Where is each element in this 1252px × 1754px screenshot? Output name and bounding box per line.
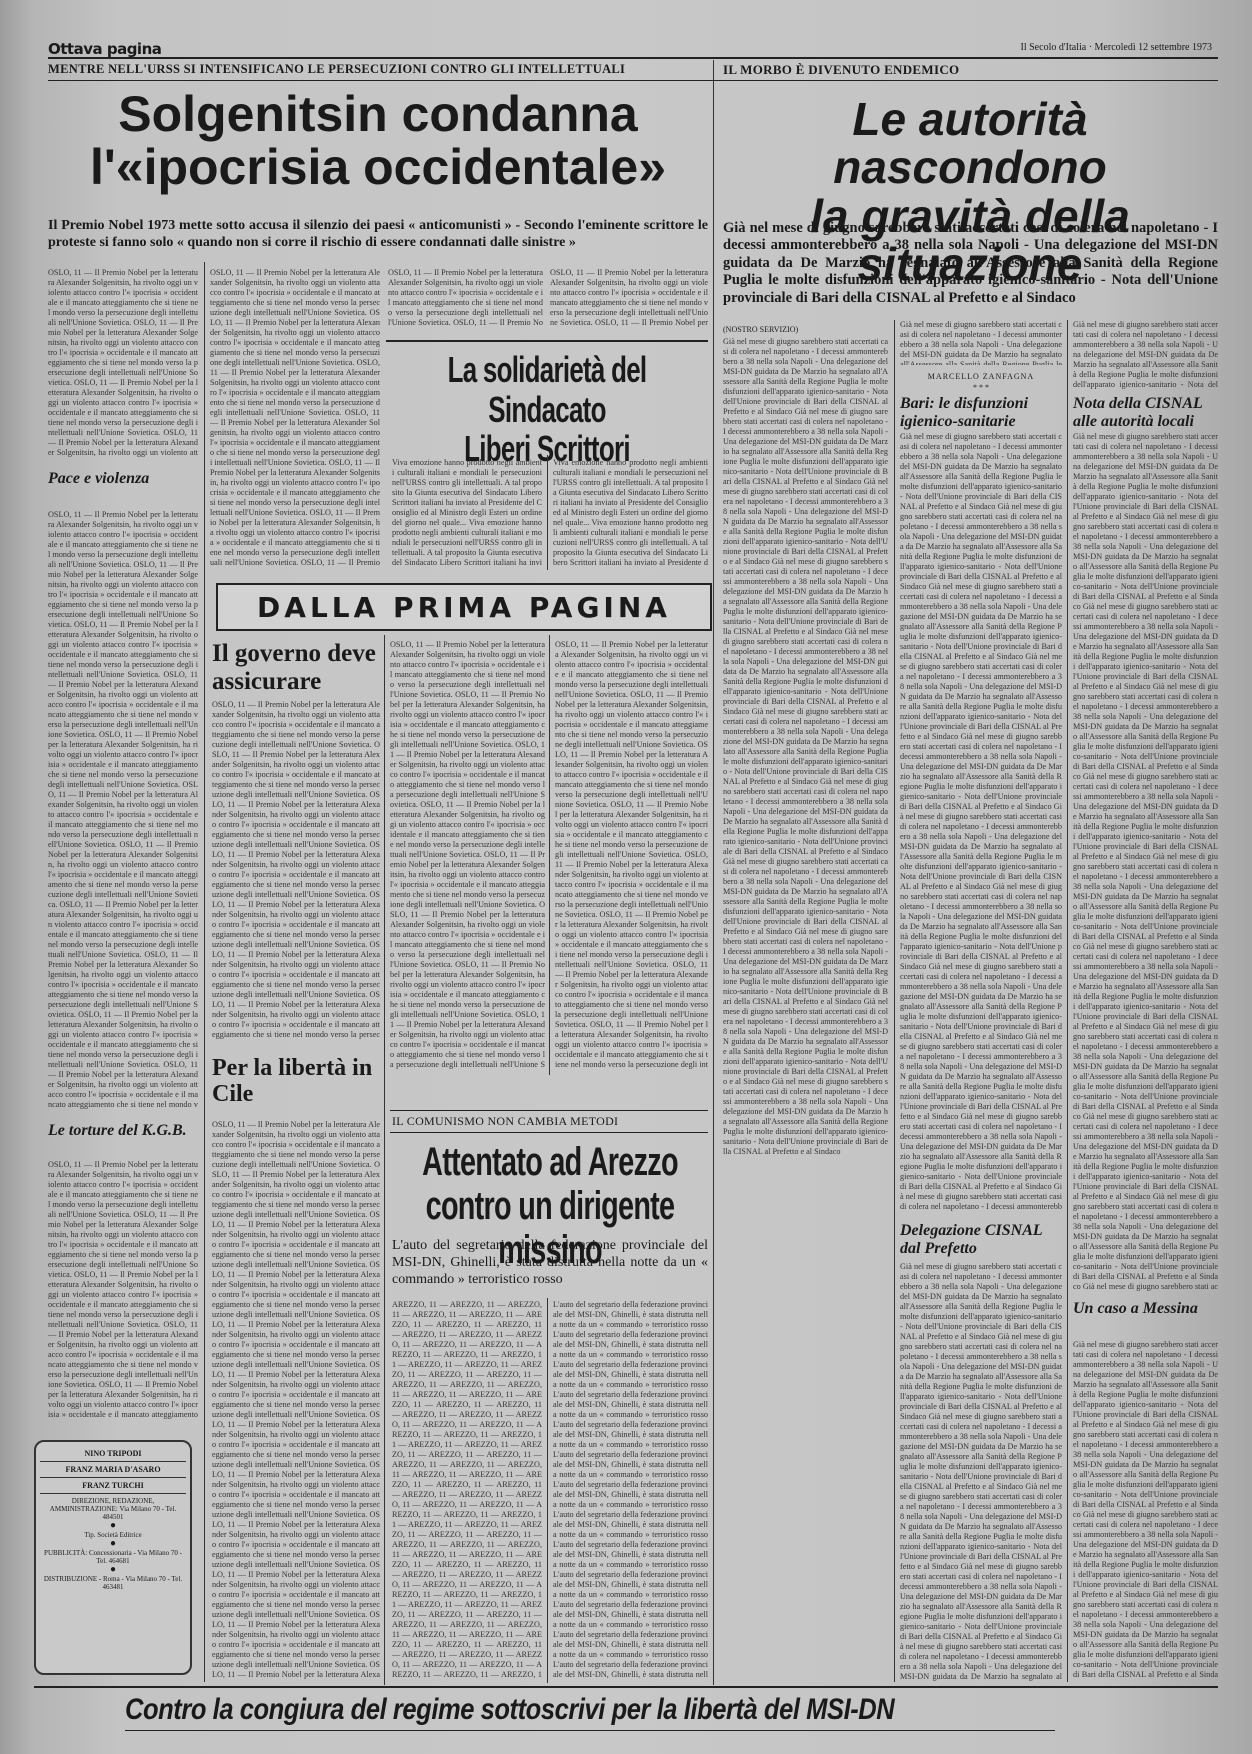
right-body-col2b: Già nel mese di giugno sarebbero stati a… xyxy=(900,1262,1062,1682)
right-body-col2-top: Già nel mese di giugno sarebbero stati a… xyxy=(900,320,1062,365)
byline-stars: * * * xyxy=(900,383,1062,392)
bullet-icon: ● xyxy=(40,1539,186,1549)
right-body-col1: Già nel mese di giugno sarebbero stati a… xyxy=(723,337,888,1682)
left-deck: Il Premio Nobel 1973 mette sotto accusa … xyxy=(48,218,708,252)
solidarity-headline-line1: La solidarietà del Sindacato xyxy=(424,350,670,429)
section-folio: Ottava pagina xyxy=(48,40,161,58)
right-headline-line1: Le autorità nascondono xyxy=(720,95,1220,192)
solidarity-body-col1: Viva emozione hanno prodotto negli ambie… xyxy=(392,458,542,568)
right-kicker: IL MORBO È DIVENUTO ENDEMICO xyxy=(723,62,959,78)
bullet-icon: ● xyxy=(40,1565,186,1575)
arezzo-kicker: IL COMUNISMO NON CAMBIA METODI xyxy=(392,1114,618,1129)
left-body-col1c: OSLO, 11 — Il Premio Nobel per la letter… xyxy=(48,1160,198,1420)
bullet-icon: ● xyxy=(40,1521,186,1531)
right-body-col3b: Già nel mese di giugno sarebbero stati a… xyxy=(1073,1340,1218,1680)
left-body-col2: OSLO, 11 — Il Premio Nobel per la letter… xyxy=(210,268,380,568)
subhead-messina: Un caso a Messina xyxy=(1073,1300,1218,1318)
left-body-col1b: OSLO, 11 — Il Premio Nobel per la letter… xyxy=(48,510,198,1110)
col-divider-r2 xyxy=(1067,320,1068,1682)
right-body-col3-top: Già nel mese di giugno sarebbero stati a… xyxy=(1073,320,1218,390)
masthead-editor: FRANZ TURCHI xyxy=(40,1478,186,1494)
masthead-director: NINO TRIPODI xyxy=(40,1446,186,1462)
left-body-col3: OSLO, 11 — Il Premio Nobel per la letter… xyxy=(388,268,543,328)
masthead-advertising: PUBBLICITÀ: Concessionaria - Via Milano … xyxy=(40,1549,186,1565)
kicker-rule xyxy=(48,80,1218,81)
newspaper-name: Il Secolo d'Italia xyxy=(1021,42,1087,53)
subhead-delegazione: Delegazione CISNAL dal Prefetto xyxy=(900,1222,1062,1259)
issue-date: Mercoledì 12 settembre 1973 xyxy=(1095,42,1212,53)
newspaper-page: Ottava pagina Il Secolo d'Italia · Merco… xyxy=(30,0,1222,1754)
continued-headline-cile: Per la libertà in Cile xyxy=(212,1055,382,1108)
solidarity-headline: La solidarietà del Sindacato Liberi Scri… xyxy=(424,350,670,469)
left-headline-line1: Solgenitsin condanna xyxy=(48,88,708,141)
continued-headline-governo: Il governo deve assicurare xyxy=(212,640,382,695)
continued-body-col4: OSLO, 11 — Il Premio Nobel per la letter… xyxy=(555,640,708,1070)
left-body-col4: OSLO, 11 — Il Premio Nobel per la letter… xyxy=(550,268,708,328)
masthead-box: NINO TRIPODI FRANZ MARIA D'ASARO FRANZ T… xyxy=(34,1440,192,1675)
front-page-banner: DALLA PRIMA PAGINA xyxy=(216,583,712,631)
col-divider-3 xyxy=(549,635,550,1075)
right-body-col3: Già nel mese di giugno sarebbero stati a… xyxy=(1073,432,1218,1292)
subhead-kgb: Le torture del K.G.B. xyxy=(48,1122,198,1140)
masthead-address: DIREZIONE, REDAZIONE, AMMINISTRAZIONE: V… xyxy=(40,1494,186,1521)
subhead-bari: Bari: le disfunzioni igienico-sanitarie xyxy=(900,395,1062,432)
left-headline: Solgenitsin condanna l'«ipocrisia occide… xyxy=(48,88,708,193)
left-kicker: MENTRE NELL'URSS SI INTENSIFICANO LE PER… xyxy=(48,62,633,77)
header-rule xyxy=(48,57,1218,59)
governo-body: OSLO, 11 — Il Premio Nobel per la letter… xyxy=(212,700,380,1040)
left-body-col1: OSLO, 11 — Il Premio Nobel per la letter… xyxy=(48,268,198,458)
dateline: Il Secolo d'Italia · Mercoledì 12 settem… xyxy=(1021,42,1212,53)
footer-rule xyxy=(34,1686,1218,1688)
front-page-banner-label: DALLA PRIMA PAGINA xyxy=(257,591,671,624)
col-divider-r1 xyxy=(894,320,895,1682)
continued-body-col3: OSLO, 11 — Il Premio Nobel per la letter… xyxy=(390,640,545,1070)
col-divider-1 xyxy=(204,262,205,1682)
masthead-distribution: DISTRIBUZIONE - Roma - Via Milano 70 - T… xyxy=(40,1575,186,1591)
solidarity-rule xyxy=(386,340,708,342)
masthead-condirector: FRANZ MARIA D'ASARO xyxy=(40,1462,186,1478)
byline: MARCELLO ZANFAGNA xyxy=(900,372,1062,381)
right-body-col2: Già nel mese di giugno sarebbero stati a… xyxy=(900,432,1062,1212)
solidarity-divider xyxy=(547,455,548,570)
footer-slogan: Contro la congiura del regime sottoscriv… xyxy=(125,1693,894,1727)
col-divider-2 xyxy=(384,635,385,1685)
solidarity-body-col2: Viva emozione hanno prodotto negli ambie… xyxy=(553,458,708,568)
arezzo-deck: L'auto del segretario della federazione … xyxy=(392,1238,708,1288)
right-deck: Già nel mese di giugno sarebbero stati a… xyxy=(723,220,1218,307)
subhead-pace: Pace e violenza xyxy=(48,470,198,488)
cile-body: OSLO, 11 — Il Premio Nobel per la letter… xyxy=(212,1120,380,1680)
arezzo-body-col2: L'auto del segretario della federazione … xyxy=(553,1300,708,1680)
arezzo-body-col1: AREZZO, 11 — AREZZO, 11 — AREZZO, 11 — A… xyxy=(392,1300,542,1680)
left-headline-line2: l'«ipocrisia occidentale» xyxy=(48,141,708,194)
slogan-underline xyxy=(125,1730,1055,1731)
arezzo-headline-line1: Attentato ad Arezzo xyxy=(420,1140,679,1184)
arezzo-divider xyxy=(547,1298,548,1683)
arezzo-rule-top xyxy=(390,1110,708,1111)
service-label: (NOSTRO SERVIZIO) xyxy=(723,325,798,334)
main-column-divider xyxy=(713,60,714,1685)
arezzo-rule-bottom xyxy=(390,1132,708,1133)
subhead-cisnal-note: Nota della CISNAL alle autorità locali xyxy=(1073,395,1218,432)
